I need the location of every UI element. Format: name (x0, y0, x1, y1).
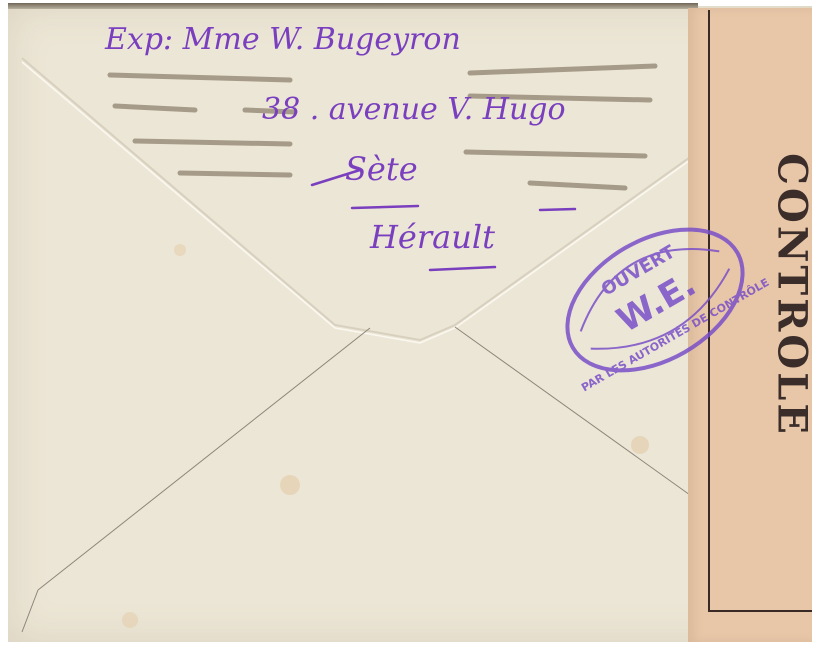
censor-stamp: OUVERT W.E. PAR LES AUTORITÉS DE CONTRÔL… (0, 0, 817, 650)
